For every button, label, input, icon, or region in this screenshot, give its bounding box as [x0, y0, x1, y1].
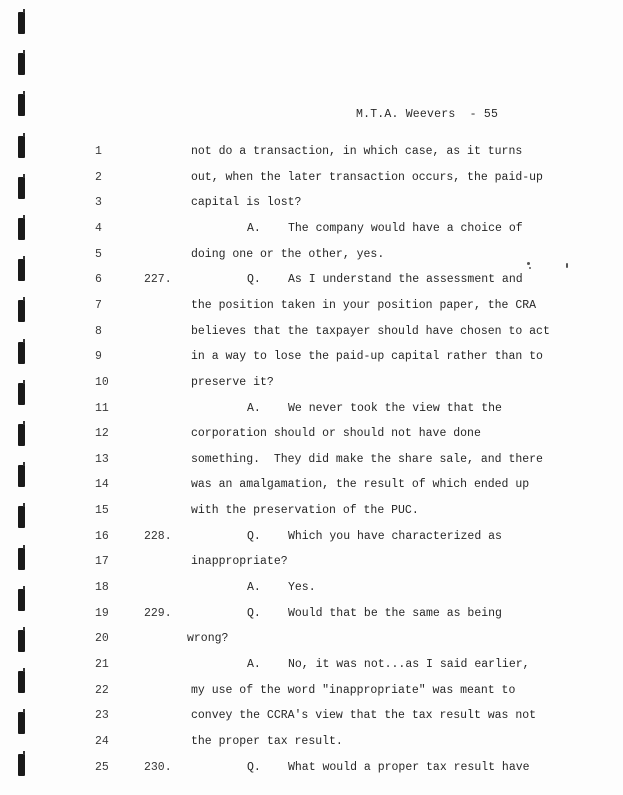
line-text: convey the CCRA's view that the tax resu…	[191, 709, 536, 722]
question-number: 228.	[144, 530, 172, 543]
line-number: 14	[95, 478, 115, 491]
line-number: 15	[95, 504, 115, 517]
line-number: 1	[95, 145, 115, 158]
line-text: the position taken in your position pape…	[191, 299, 536, 312]
line-text: the proper tax result.	[191, 735, 343, 748]
binding-hole-mark	[18, 465, 25, 487]
line-number: 19	[95, 607, 115, 620]
line-text: corporation should or should not have do…	[191, 427, 481, 440]
line-text: What would a proper tax result have	[288, 761, 530, 774]
scan-speck	[527, 262, 530, 265]
speaker-marker: A.	[247, 581, 261, 594]
line-text: We never took the view that the	[288, 402, 502, 415]
line-number: 25	[95, 761, 115, 774]
binding-hole-mark	[18, 630, 25, 652]
line-text: No, it was not...as I said earlier,	[288, 658, 530, 671]
speaker-marker: Q.	[247, 761, 261, 774]
question-number: 230.	[144, 761, 172, 774]
line-number: 6	[95, 273, 115, 286]
line-text: Yes.	[288, 581, 316, 594]
scan-speck	[566, 263, 568, 268]
line-text: doing one or the other, yes.	[191, 248, 384, 261]
speaker-marker: A.	[247, 402, 261, 415]
line-text: out, when the later transaction occurs, …	[191, 171, 543, 184]
line-number: 20	[95, 632, 115, 645]
line-number: 8	[95, 325, 115, 338]
line-text: Which you have characterized as	[288, 530, 502, 543]
binding-hole-mark	[18, 548, 25, 570]
line-number: 24	[95, 735, 115, 748]
binding-hole-mark	[18, 424, 25, 446]
line-text: wrong?	[187, 632, 228, 645]
witness-name: M.T.A. Weevers	[356, 108, 455, 121]
line-number: 13	[95, 453, 115, 466]
page-header: M.T.A. Weevers - 55	[356, 108, 498, 121]
page-number: 55	[484, 108, 498, 121]
binding-hole-mark	[18, 712, 25, 734]
line-number: 5	[95, 248, 115, 261]
line-number: 23	[95, 709, 115, 722]
binding-hole-mark	[18, 300, 25, 322]
binding-hole-mark	[18, 259, 25, 281]
binding-hole-mark	[18, 671, 25, 693]
line-text: not do a transaction, in which case, as …	[191, 145, 522, 158]
line-number: 22	[95, 684, 115, 697]
binding-hole-mark	[18, 12, 25, 34]
line-number: 16	[95, 530, 115, 543]
line-text: Would that be the same as being	[288, 607, 502, 620]
transcript-page: M.T.A. Weevers - 55 1not do a transactio…	[0, 0, 623, 795]
speaker-marker: Q.	[247, 607, 261, 620]
header-separator: -	[470, 108, 477, 121]
line-text: was an amalgamation, the result of which…	[191, 478, 529, 491]
line-text: with the preservation of the PUC.	[191, 504, 419, 517]
line-number: 21	[95, 658, 115, 671]
line-number: 18	[95, 581, 115, 594]
line-number: 7	[95, 299, 115, 312]
line-number: 3	[95, 196, 115, 209]
binding-hole-mark	[18, 53, 25, 75]
line-text: The company would have a choice of	[288, 222, 523, 235]
question-number: 227.	[144, 273, 172, 286]
binding-hole-mark	[18, 342, 25, 364]
line-number: 10	[95, 376, 115, 389]
question-number: 229.	[144, 607, 172, 620]
binding-hole-mark	[18, 136, 25, 158]
binding-hole-mark	[18, 94, 25, 116]
speaker-marker: Q.	[247, 273, 261, 286]
line-text: inappropriate?	[191, 555, 288, 568]
line-number: 4	[95, 222, 115, 235]
line-text: capital is lost?	[191, 196, 301, 209]
speaker-marker: A.	[247, 222, 261, 235]
line-number: 9	[95, 350, 115, 363]
line-text: As I understand the assessment and	[288, 273, 523, 286]
binding-hole-mark	[18, 177, 25, 199]
binding-hole-mark	[18, 506, 25, 528]
line-text: my use of the word "inappropriate" was m…	[191, 684, 515, 697]
scan-speck	[529, 267, 531, 269]
line-text: preserve it?	[191, 376, 274, 389]
binding-hole-mark	[18, 589, 25, 611]
line-text: something. They did make the share sale,…	[191, 453, 543, 466]
line-number: 12	[95, 427, 115, 440]
speaker-marker: A.	[247, 658, 261, 671]
binding-hole-mark	[18, 383, 25, 405]
line-text: believes that the taxpayer should have c…	[191, 325, 550, 338]
line-number: 17	[95, 555, 115, 568]
line-number: 11	[95, 402, 115, 415]
speaker-marker: Q.	[247, 530, 261, 543]
binding-hole-mark	[18, 754, 25, 776]
line-text: in a way to lose the paid-up capital rat…	[191, 350, 543, 363]
binding-hole-mark	[18, 218, 25, 240]
line-number: 2	[95, 171, 115, 184]
